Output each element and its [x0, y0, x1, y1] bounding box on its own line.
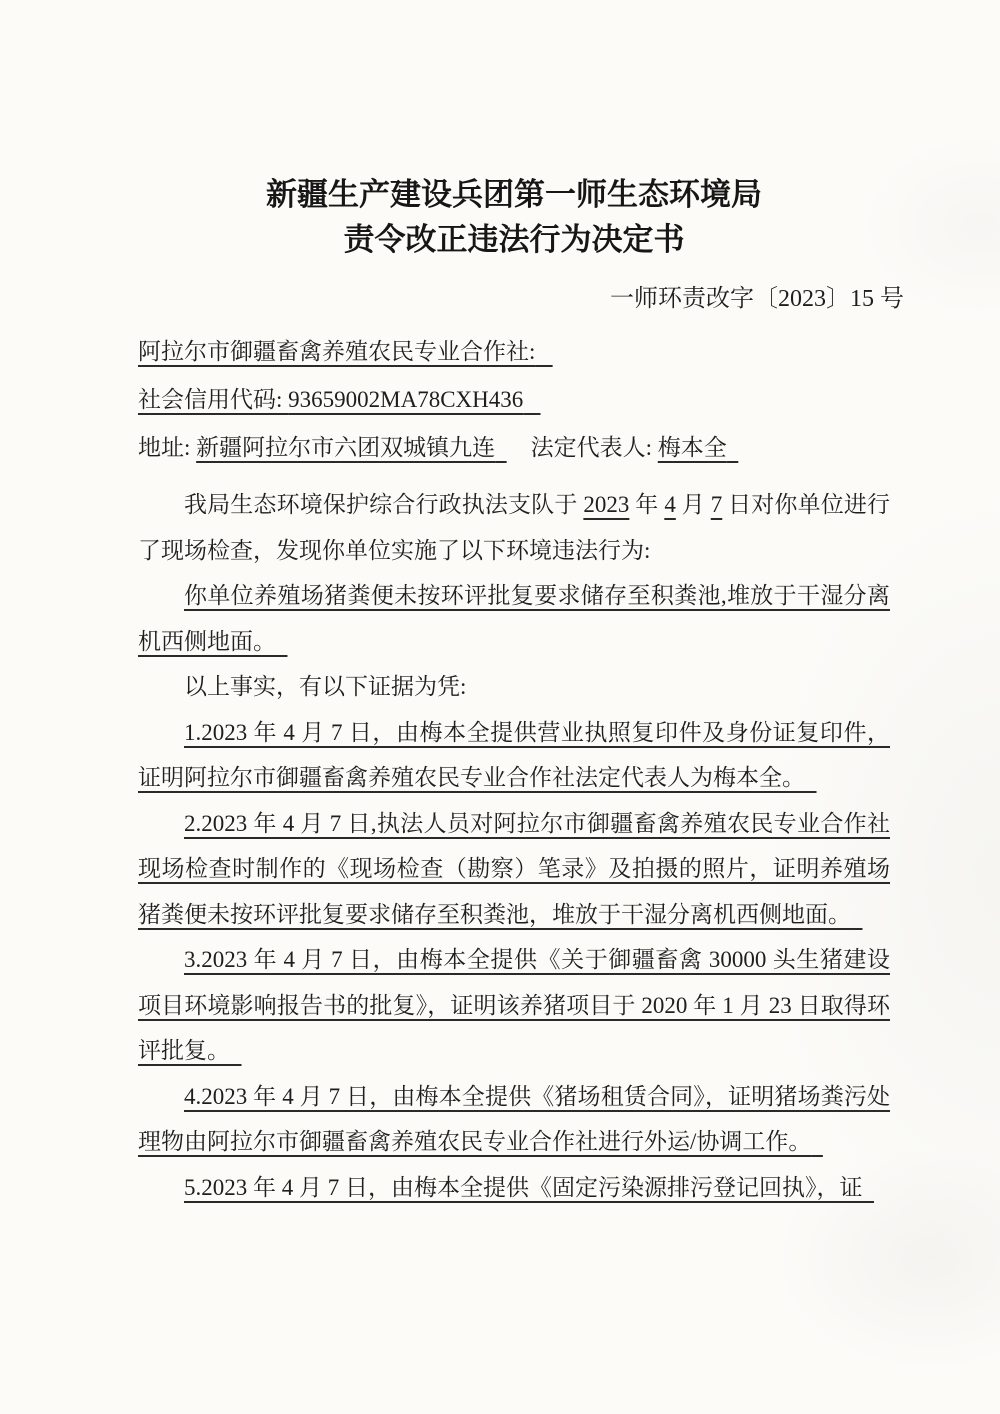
intro-sep-year: 年 — [629, 492, 664, 517]
inspection-month: 4 — [664, 492, 676, 517]
evidence-item-4: 4.2023 年 4 月 7 日，由梅本全提供《猪场租赁合同》，证明猪场粪污处理… — [138, 1074, 890, 1165]
document-body: 我局生态环境保护综合行政执法支队于 2023 年 4 月 7 日对你单位进行了现… — [138, 482, 890, 1210]
title-line-2: 责令改正违法行为决定书 — [138, 217, 890, 262]
credit-code-line: 社会信用代码: 93659002MA78CXH436 — [138, 376, 890, 424]
document-title: 新疆生产建设兵团第一师生态环境局 责令改正违法行为决定书 — [138, 0, 890, 262]
violation-statement: 你单位养殖场猪粪便未按环评批复要求储存至积粪池,堆放于干湿分离机西侧地面。 — [138, 573, 890, 664]
document-number: 一师环责改字〔2023〕15 号 — [138, 284, 904, 314]
evidence-item-2: 2.2023 年 4 月 7 日,执法人员对阿拉尔市御疆畜禽养殖农民专业合作社现… — [138, 801, 890, 938]
intro-pre: 我局生态环境保护综合行政执法支队于 — [184, 492, 583, 517]
evidence-intro: 以上事实，有以下证据为凭: — [138, 664, 890, 710]
recipient-name: 阿拉尔市御疆畜禽养殖农民专业合作社: — [138, 339, 553, 364]
scanned-document-page: 新疆生产建设兵团第一师生态环境局 责令改正违法行为决定书 一师环责改字〔2023… — [0, 0, 1000, 1414]
evidence-item-3: 3.2023 年 4 月 7 日，由梅本全提供《关于御疆畜禽 30000 头生猪… — [138, 937, 890, 1074]
evidence-item-1: 1.2023 年 4 月 7 日，由梅本全提供营业执照复印件及身份证复印件，证明… — [138, 710, 890, 801]
credit-code: 社会信用代码: 93659002MA78CXH436 — [138, 387, 541, 412]
evidence-item-5: 5.2023 年 4 月 7 日，由梅本全提供《固定污染源排污登记回执》，证 — [138, 1165, 890, 1211]
title-line-1: 新疆生产建设兵团第一师生态环境局 — [138, 172, 890, 217]
intro-paragraph: 我局生态环境保护综合行政执法支队于 2023 年 4 月 7 日对你单位进行了现… — [138, 482, 890, 573]
address-label: 地址: — [138, 435, 196, 460]
legal-rep-value: 梅本全 — [658, 435, 739, 460]
inspection-year: 2023 — [583, 492, 629, 517]
intro-sep-month: 月 — [676, 492, 711, 517]
legal-rep-label: 法定代表人: — [531, 435, 658, 460]
address-line: 地址: 新疆阿拉尔市六团双城镇九连法定代表人: 梅本全 — [138, 424, 890, 472]
document-content: 新疆生产建设兵团第一师生态环境局 责令改正违法行为决定书 一师环责改字〔2023… — [138, 0, 890, 1210]
credit-code-value: 93659002MA78CXH436 — [288, 387, 523, 412]
credit-code-label: 社会信用代码: — [138, 387, 288, 412]
recipient-block: 阿拉尔市御疆畜禽养殖农民专业合作社: 社会信用代码: 93659002MA78C… — [138, 328, 890, 472]
address-value: 新疆阿拉尔市六团双城镇九连 — [196, 435, 507, 460]
recipient-name-line: 阿拉尔市御疆畜禽养殖农民专业合作社: — [138, 328, 890, 376]
inspection-day: 7 — [711, 492, 723, 517]
